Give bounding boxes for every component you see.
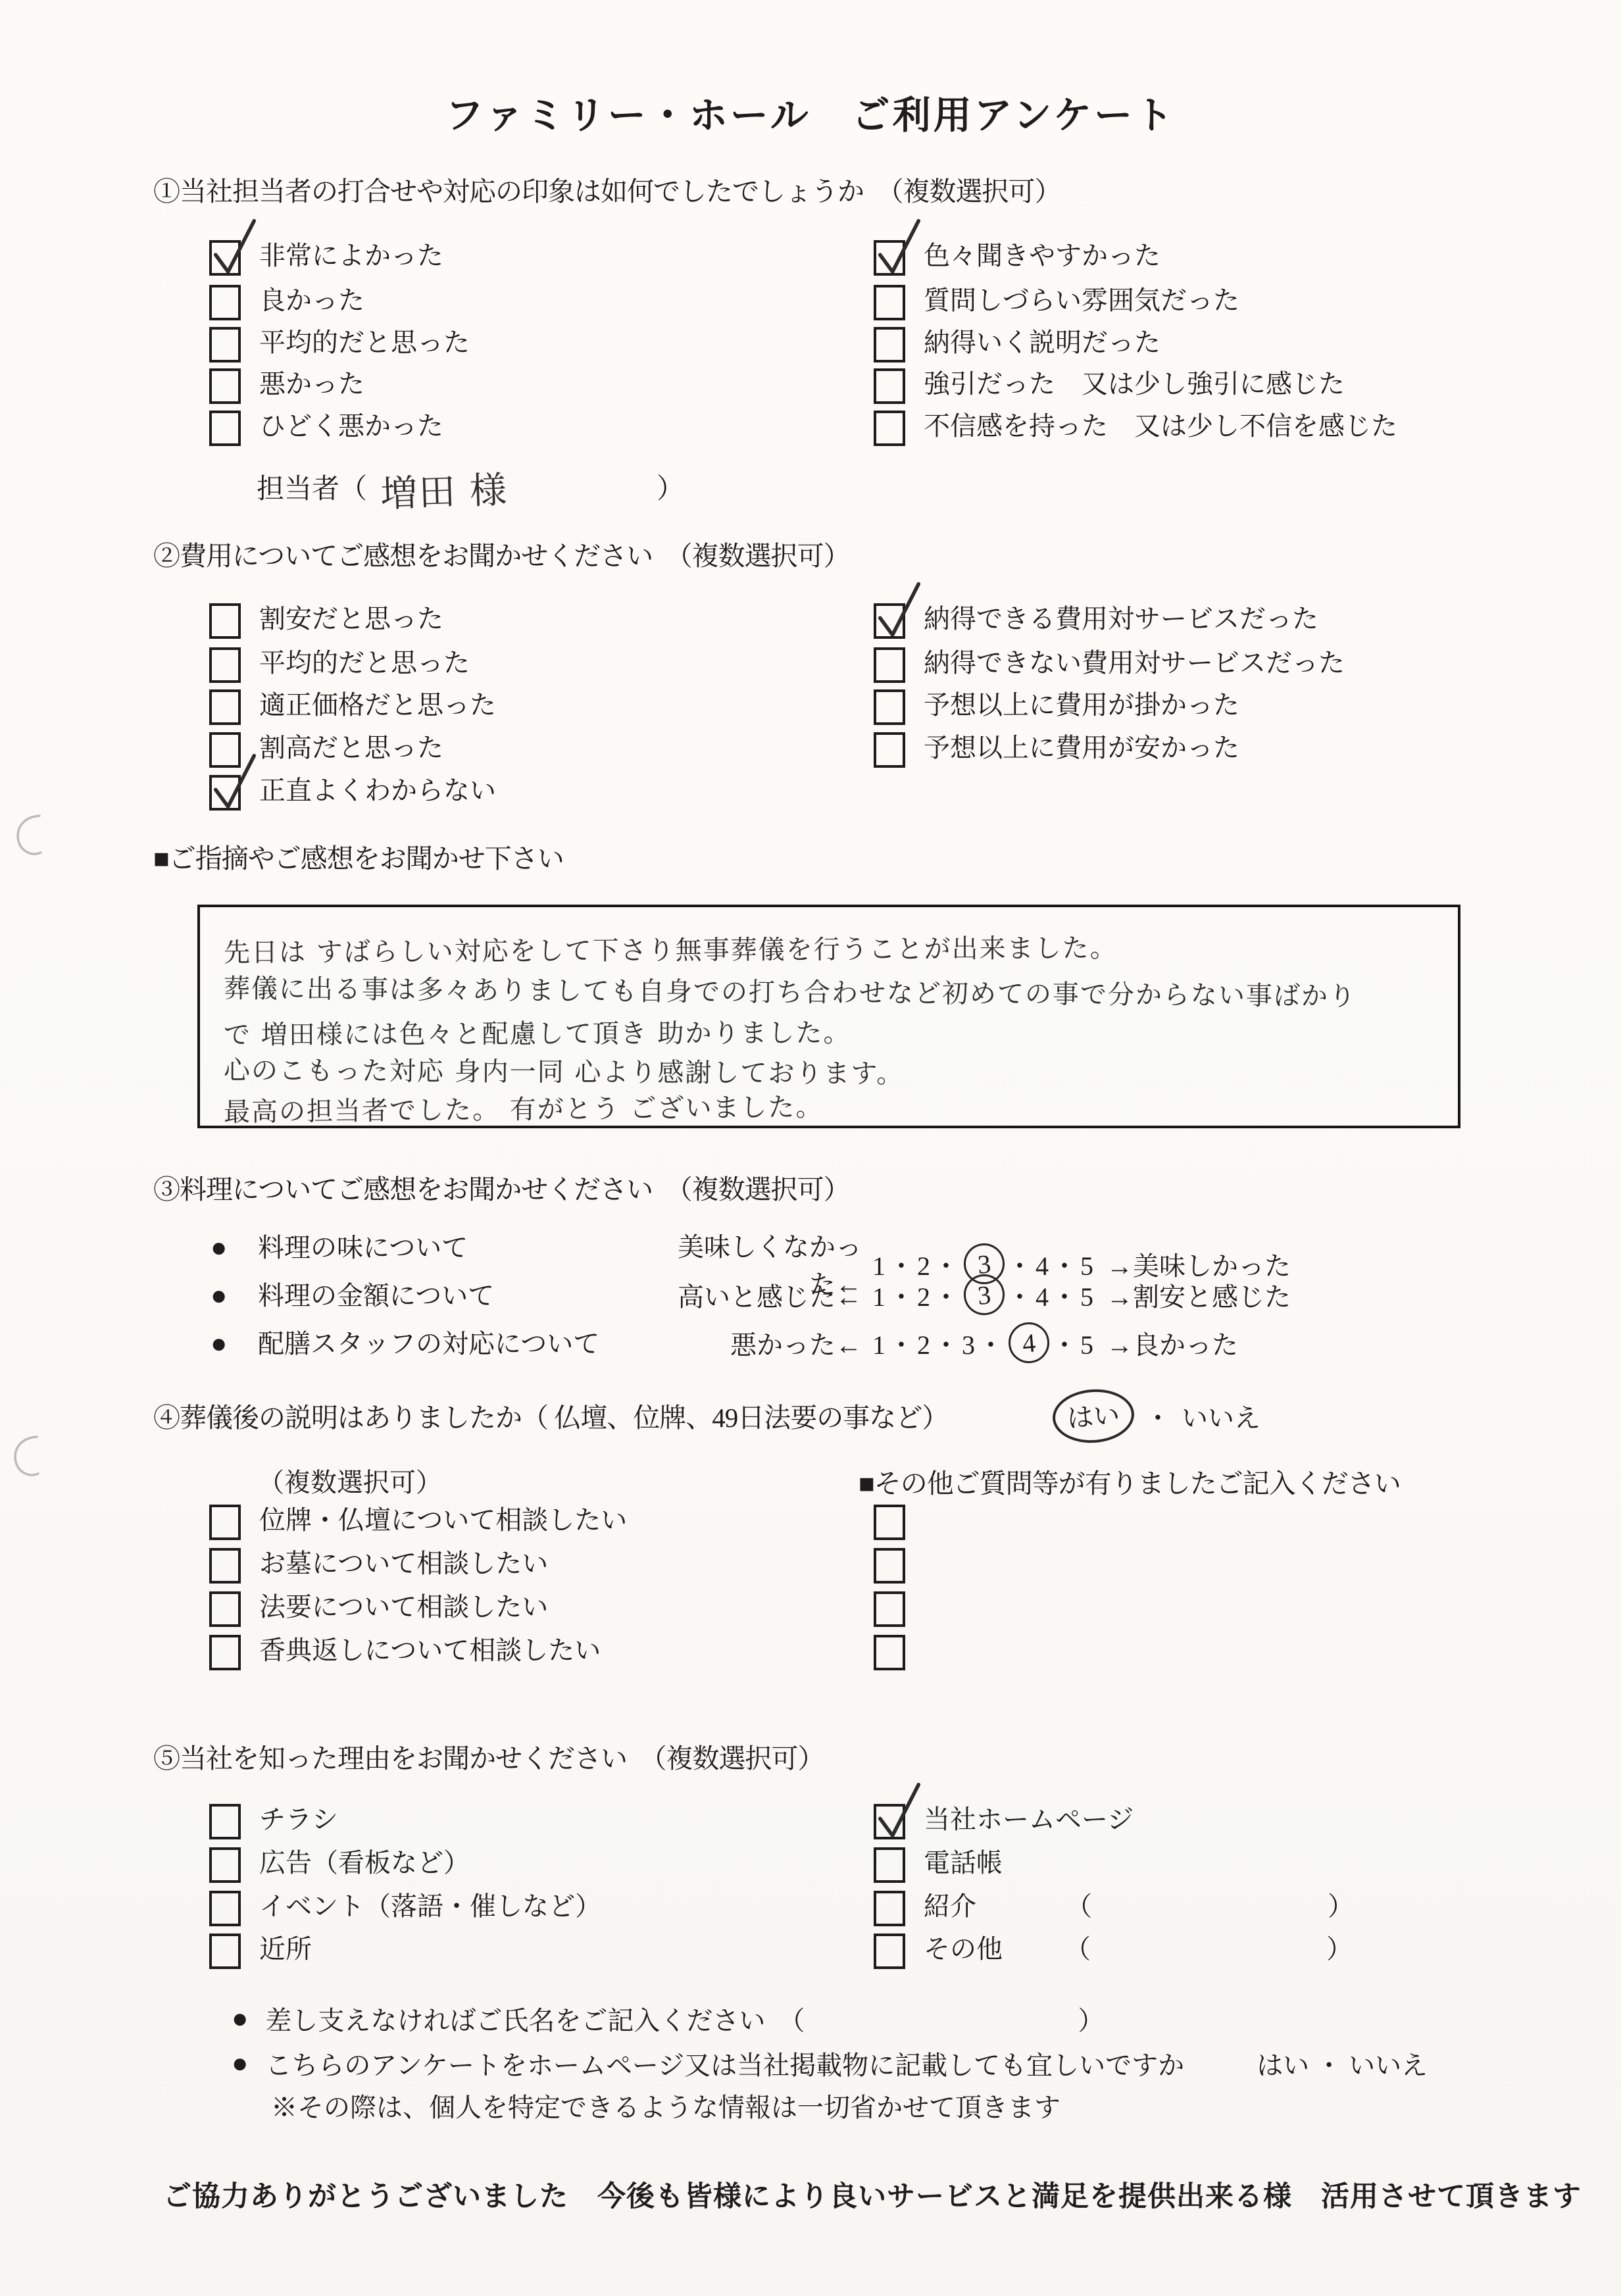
option-label: イベント（落語・催しなど） bbox=[259, 1889, 601, 1924]
q4-other-checkbox-3 bbox=[874, 1634, 905, 1670]
checkmark-icon bbox=[871, 576, 928, 647]
scale-numbers: 1・2・ bbox=[872, 1276, 962, 1314]
q2-right-option-3: 予想以上に費用が安かった bbox=[874, 731, 1239, 768]
q2-right-option-2: 予想以上に費用が掛かった bbox=[874, 688, 1239, 725]
name-entry-label: 差し支えなければご氏名をご記入ください （ bbox=[265, 2000, 805, 2037]
q4-answer-no[interactable]: いいえ bbox=[1182, 1397, 1260, 1435]
circled-rating: 4 bbox=[1007, 1320, 1051, 1364]
q4-yes-no-choice: はい ・ いいえ bbox=[1053, 1389, 1260, 1443]
option-label: 広告（看板など） bbox=[259, 1846, 470, 1880]
q1-right-option-2: 納得いく説明だった bbox=[874, 326, 1160, 362]
checkbox[interactable] bbox=[874, 689, 905, 725]
checkbox[interactable] bbox=[874, 1591, 905, 1627]
choice-separator: ・ bbox=[1145, 1397, 1171, 1435]
checkmark-icon bbox=[871, 1776, 928, 1847]
checkmark-icon bbox=[871, 212, 928, 284]
checkmark-icon bbox=[207, 212, 263, 284]
checkbox[interactable] bbox=[209, 1635, 241, 1670]
q4-left-option-0: 位牌・仏壇について相談したい bbox=[209, 1503, 627, 1540]
checkbox[interactable] bbox=[209, 647, 241, 683]
q4-left-option-2: 法要について相談したい bbox=[209, 1590, 548, 1627]
comments-box[interactable]: 先日は すばらしい対応をして下さり無事葬儀を行うことが出来ました。 葬儀に出る事… bbox=[197, 905, 1460, 1128]
q1-left-option-3: 悪かった bbox=[209, 367, 364, 404]
q1-right-option-3: 強引だった 又は少し強引に感じた bbox=[874, 367, 1345, 404]
publish-consent-label: こちらのアンケートをホームページ又は当社掲載物に記載しても宜しいですか bbox=[265, 2045, 1184, 2082]
option-label: 電話帳 bbox=[924, 1846, 1003, 1880]
checkbox[interactable] bbox=[874, 368, 905, 404]
q4-multi-note: （複数選択可） bbox=[258, 1462, 442, 1499]
checkbox[interactable] bbox=[874, 1934, 905, 1969]
staff-name-line: 担当者（ 増田 様 ） bbox=[257, 461, 684, 513]
checkbox[interactable] bbox=[209, 240, 241, 276]
checkbox[interactable] bbox=[874, 285, 905, 320]
option-label: 良かった bbox=[259, 284, 364, 318]
option-label: 非常によかった bbox=[259, 239, 443, 273]
q5-left-option-3: 近所 bbox=[209, 1932, 312, 1969]
comment-line: 先日は すばらしい対応をして下さり無事葬儀を行うことが出来ました。 bbox=[224, 927, 1118, 969]
option-label: 近所 bbox=[259, 1932, 312, 1966]
option-label: 正直よくわからない bbox=[259, 774, 496, 808]
option-label: 法要について相談したい bbox=[259, 1590, 548, 1624]
q1-left-option-2: 平均的だと思った bbox=[209, 326, 470, 362]
checkbox[interactable] bbox=[874, 411, 905, 446]
q3-row-scale[interactable]: 高いと感じた← 1・2・ 3 ・4・5 →割安と感じた bbox=[658, 1274, 1291, 1315]
checkbox[interactable] bbox=[874, 1891, 905, 1926]
checkbox[interactable] bbox=[874, 327, 905, 362]
scale-anchor-right: →割安と感じた bbox=[1107, 1276, 1291, 1314]
q2-right-option-1: 納得できない費用対サービスだった bbox=[874, 646, 1345, 683]
checkbox[interactable] bbox=[209, 285, 241, 320]
privacy-note: ※その際は、個人を特定できるような情報は一切省かせて頂きます bbox=[271, 2087, 1060, 2124]
q2-right-option-0: 納得できる費用対サービスだった bbox=[874, 602, 1318, 639]
comments-heading: ■ご指摘やご感想をお聞かせ下さい bbox=[153, 837, 564, 876]
q3-row-label: 配膳スタッフの対応について bbox=[258, 1328, 599, 1360]
q5-right-option-3: その他 （ ） bbox=[874, 1932, 1353, 1969]
checkbox[interactable] bbox=[874, 732, 905, 768]
q2-left-option-1: 平均的だと思った bbox=[209, 646, 470, 683]
q4-heading: ④葬儀後の説明はありましたか（ 仏壇、位牌、49日法要の事など） bbox=[153, 1396, 948, 1435]
checkbox[interactable] bbox=[209, 1934, 241, 1969]
checkbox[interactable] bbox=[209, 603, 241, 639]
q2-left-option-2: 適正価格だと思った bbox=[209, 688, 496, 725]
scale-numbers: ・5 bbox=[1051, 1324, 1096, 1362]
q2-heading: ②費用についてご感想をお聞かせください （複数選択可） bbox=[153, 534, 850, 573]
q4-other-checkbox-2 bbox=[874, 1590, 905, 1627]
option-label: お墓について相談したい bbox=[259, 1547, 548, 1581]
scale-anchor-right: →良かった bbox=[1107, 1324, 1238, 1362]
publish-consent-choices[interactable]: はい ・ いいえ bbox=[1257, 2045, 1428, 2082]
checkbox[interactable] bbox=[874, 647, 905, 683]
scan-artifact-icon bbox=[11, 811, 45, 858]
scale-anchor-left: 高いと感じた← bbox=[658, 1276, 862, 1314]
option-label: 平均的だと思った bbox=[259, 646, 470, 680]
option-label: 納得できない費用対サービスだった bbox=[924, 646, 1345, 680]
bullet-icon: ● bbox=[211, 1280, 227, 1312]
option-label: 不信感を持った 又は少し不信を感じた bbox=[924, 409, 1397, 443]
checkbox[interactable] bbox=[874, 240, 905, 276]
staff-label-close: ） bbox=[657, 467, 684, 507]
option-label: 位牌・仏壇について相談したい bbox=[259, 1503, 627, 1537]
option-label: 香典返しについて相談したい bbox=[259, 1634, 601, 1668]
q1-left-option-1: 良かった bbox=[209, 284, 364, 320]
option-label: 質問しづらい雰囲気だった bbox=[924, 284, 1239, 318]
option-label: 予想以上に費用が掛かった bbox=[924, 688, 1239, 722]
q5-right-option-0: 当社ホームページ bbox=[874, 1803, 1134, 1839]
q1-right-option-0: 色々聞きやすかった bbox=[874, 239, 1160, 276]
q1-right-option-1: 質問しづらい雰囲気だった bbox=[874, 284, 1239, 320]
q4-right-heading: ■その他ご質問等が有りましたご記入ください bbox=[859, 1462, 1401, 1501]
checkbox[interactable] bbox=[209, 1591, 241, 1627]
option-label: 納得できる費用対サービスだった bbox=[924, 602, 1318, 636]
q1-right-option-4: 不信感を持った 又は少し不信を感じた bbox=[874, 409, 1397, 446]
name-entry-close: ） bbox=[1078, 2000, 1104, 2037]
scan-artifact-icon bbox=[8, 1432, 42, 1479]
checkbox[interactable] bbox=[874, 603, 905, 639]
q3-heading: ③料理についてご感想をお聞かせください （複数選択可） bbox=[153, 1168, 850, 1207]
checkbox[interactable] bbox=[209, 1505, 241, 1540]
footer-thanks: ご協力ありがとうございました 今後も皆様により良いサービスと満足を提供出来る様 … bbox=[163, 2174, 1582, 2214]
q1-heading: ①当社担当者の打合せや対応の印象は如何でしたでしょうか （複数選択可） bbox=[153, 170, 1061, 209]
q2-left-option-0: 割安だと思った bbox=[209, 602, 443, 639]
comment-line: で 増田様には色々と配慮して頂き 助かりました。 bbox=[224, 1012, 851, 1051]
q3-row-scale[interactable]: 悪かった← 1・2・3・ 4 ・5 →良かった bbox=[658, 1322, 1238, 1363]
checkbox[interactable] bbox=[209, 368, 241, 404]
q5-heading: ⑤当社を知った理由をお聞かせください （複数選択可） bbox=[153, 1737, 824, 1776]
bullet-icon: ● bbox=[211, 1232, 227, 1264]
checkbox[interactable] bbox=[209, 1847, 241, 1883]
staff-name-handwritten: 増田 様 bbox=[380, 456, 658, 518]
comment-line: 最高の担当者でした。 有がとう ございました。 bbox=[224, 1086, 824, 1129]
option-label: 割安だと思った bbox=[259, 602, 443, 636]
checkbox[interactable] bbox=[209, 411, 241, 446]
option-label: 割高だと思った bbox=[259, 731, 443, 765]
checkbox[interactable] bbox=[874, 1804, 905, 1839]
q4-other-checkbox-0 bbox=[874, 1503, 905, 1540]
checkbox[interactable] bbox=[874, 1548, 905, 1584]
page-title: ファミリー・ホール ご利用アンケート bbox=[0, 84, 1621, 139]
bullet-icon: ● bbox=[232, 2003, 248, 2035]
q5-left-option-0: チラシ bbox=[209, 1803, 338, 1839]
checkbox[interactable] bbox=[209, 775, 241, 811]
q4-answer-yes[interactable]: はい bbox=[1051, 1387, 1135, 1445]
option-label: 納得いく説明だった bbox=[924, 326, 1160, 360]
option-label: 悪かった bbox=[259, 367, 364, 401]
q4-left-option-1: お墓について相談したい bbox=[209, 1547, 548, 1584]
paren-open: （ bbox=[1064, 1932, 1091, 1966]
publish-consent-line: ● こちらのアンケートをホームページ又は当社掲載物に記載しても宜しいですか はい… bbox=[232, 2045, 1428, 2082]
q4-other-checkbox-1 bbox=[874, 1547, 905, 1584]
q3-row-label: 料理の金額について bbox=[258, 1280, 494, 1312]
option-label: 適正価格だと思った bbox=[259, 688, 496, 722]
circled-rating: 3 bbox=[962, 1272, 1006, 1316]
option-label: 当社ホームページ bbox=[924, 1803, 1134, 1837]
paren-open: （ bbox=[1066, 1889, 1092, 1924]
checkbox[interactable] bbox=[874, 1847, 905, 1883]
bullet-icon: ● bbox=[232, 2047, 248, 2080]
q4-left-option-3: 香典返しについて相談したい bbox=[209, 1634, 601, 1670]
q1-left-option-0: 非常によかった bbox=[209, 239, 443, 276]
option-label: 色々聞きやすかった bbox=[924, 239, 1160, 273]
q1-left-option-4: ひどく悪かった bbox=[209, 409, 443, 446]
q3-row-label: 料理の味について bbox=[258, 1232, 468, 1264]
scale-numbers: 1・2・3・ bbox=[872, 1324, 1007, 1362]
option-label: 紹介 bbox=[924, 1889, 976, 1924]
checkbox[interactable] bbox=[874, 1505, 905, 1540]
scale-numbers: ・4・5 bbox=[1007, 1276, 1096, 1314]
paren-close: ） bbox=[1328, 1889, 1354, 1924]
q5-left-option-2: イベント（落語・催しなど） bbox=[209, 1889, 601, 1926]
comment-line: 葬儀に出る事は多々ありましても自身での打ち合わせなど初めての事で分からない事ばか… bbox=[224, 968, 1357, 1013]
q5-left-option-1: 広告（看板など） bbox=[209, 1846, 470, 1883]
checkbox[interactable] bbox=[209, 1804, 241, 1839]
checkmark-icon bbox=[207, 747, 263, 818]
checkbox[interactable] bbox=[209, 327, 241, 362]
checkbox[interactable] bbox=[209, 689, 241, 725]
q5-right-option-1: 電話帳 bbox=[874, 1846, 1003, 1883]
checkbox[interactable] bbox=[209, 1891, 241, 1926]
paren-close: ） bbox=[1326, 1932, 1353, 1966]
option-label: 強引だった 又は少し強引に感じた bbox=[924, 367, 1345, 401]
comment-line: 心のこもった対応 身内一同 心より感謝しております。 bbox=[224, 1049, 905, 1090]
q2-left-option-4: 正直よくわからない bbox=[209, 774, 496, 811]
option-label: その他 bbox=[924, 1932, 1003, 1966]
option-label: ひどく悪かった bbox=[259, 409, 443, 443]
checkbox[interactable] bbox=[874, 1635, 905, 1670]
staff-label: 担当者（ bbox=[257, 467, 367, 507]
name-entry-line: ● 差し支えなければご氏名をご記入ください （ ） bbox=[232, 2000, 1104, 2037]
bullet-icon: ● bbox=[211, 1328, 227, 1360]
option-label: チラシ bbox=[259, 1803, 338, 1837]
option-label: 平均的だと思った bbox=[259, 326, 470, 360]
option-label: 予想以上に費用が安かった bbox=[924, 731, 1239, 765]
scanned-survey-page: ファミリー・ホール ご利用アンケート ①当社担当者の打合せや対応の印象は如何でし… bbox=[0, 0, 1621, 2296]
checkbox[interactable] bbox=[209, 1548, 241, 1584]
scale-anchor-left: 悪かった← bbox=[658, 1324, 862, 1362]
q5-right-option-2: 紹介 （ ） bbox=[874, 1889, 1354, 1926]
